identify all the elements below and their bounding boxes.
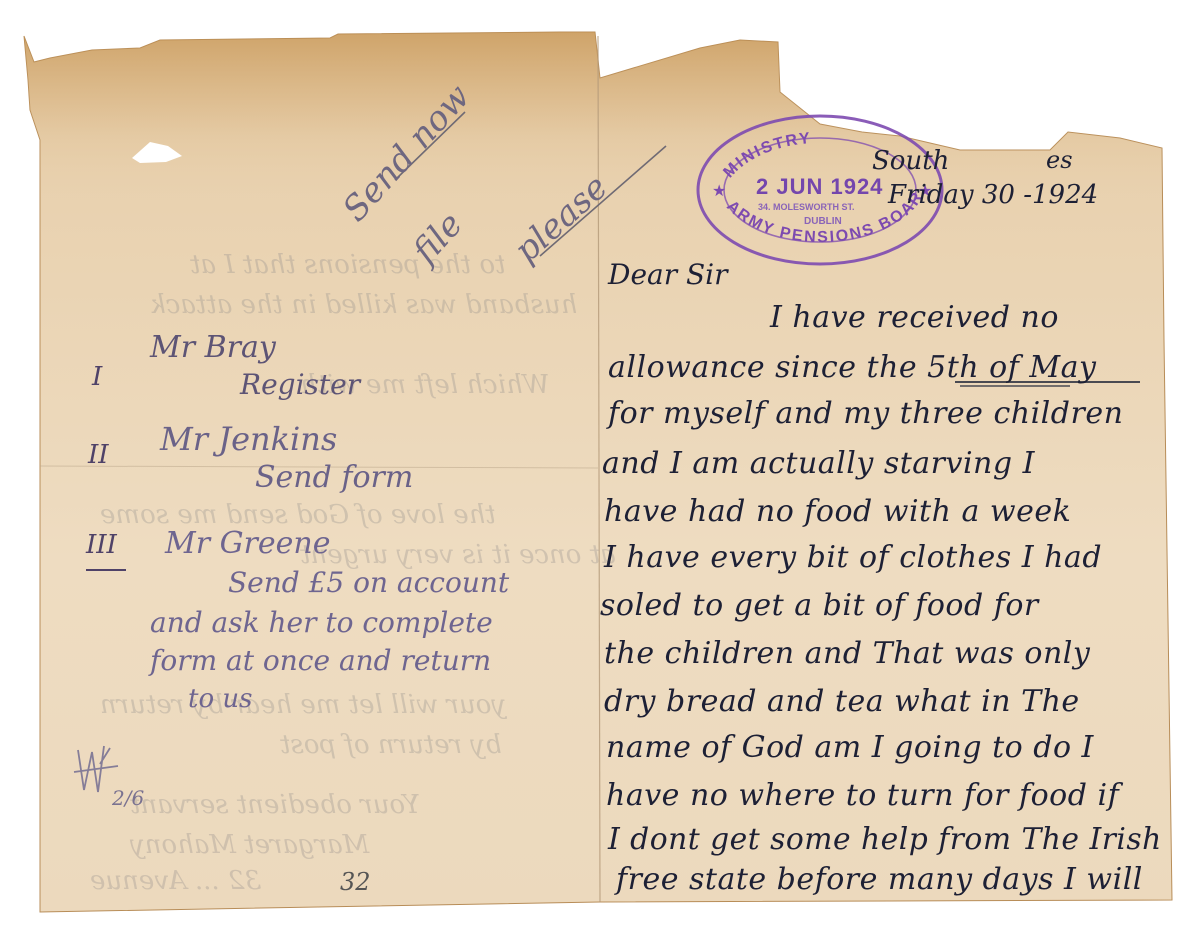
list-action-3c: form at once and return <box>150 644 491 677</box>
salutation: Dear Sir <box>608 258 728 291</box>
letter-line: free state before many days I will <box>616 862 1143 897</box>
list-numeral-3: III <box>86 530 117 560</box>
bleed-text: your will let me hear by return <box>100 690 506 720</box>
initials-date: 2/6 <box>112 786 144 810</box>
stamp-address: 34. MOLESWORTH ST. <box>758 202 855 212</box>
letter-line: allowance since the 5th of May <box>608 350 1096 385</box>
letter-date: Friday 30 -1924 <box>888 180 1098 210</box>
letter-place-suffix: es <box>1046 146 1073 174</box>
list-name-3: Mr Greene <box>165 526 330 561</box>
bleed-text: Margaret Mahony <box>130 830 369 860</box>
letter-line: the children and That was only <box>604 636 1090 671</box>
list-numeral-1: I <box>92 362 102 392</box>
bleed-text: to the pensions that I at <box>190 250 506 280</box>
letter-line: have had no food with a week <box>604 494 1071 529</box>
list-action-1: Register <box>240 368 360 401</box>
bleed-text: Your obedient servant <box>130 790 420 820</box>
letter-line: I dont get some help from The Irish <box>608 822 1162 857</box>
bleed-text: 32 ... Avenue <box>90 866 261 896</box>
list-action-3: Send £5 on account <box>228 566 509 599</box>
bottom-figure: 32 <box>340 868 371 896</box>
list-action-3b: and ask her to complete <box>150 606 493 639</box>
list-numeral-2: II <box>88 440 109 470</box>
bleed-text: by return of post <box>280 730 502 760</box>
letter-line: have no where to turn for food if <box>606 778 1119 813</box>
list-action-3d: to us <box>188 684 252 714</box>
list-name-2: Mr Jenkins <box>160 420 337 458</box>
list-action-2: Send form <box>255 460 413 495</box>
letter-line: and I am actually starving I <box>602 446 1035 481</box>
letter-line: dry bread and tea what in The <box>604 684 1080 719</box>
list-name-1: Mr Bray <box>150 330 276 365</box>
letter-line: I have every bit of clothes I had <box>604 540 1102 575</box>
stamp-date: 2 JUN 1924 <box>756 174 883 200</box>
letter-place: South <box>872 146 949 176</box>
letter-line: I have received no <box>770 300 1059 335</box>
letter-line: soled to get a bit of food for <box>600 588 1039 623</box>
letter-line: for myself and my three children <box>608 396 1123 431</box>
letter-page: ★ ★ MINISTRY ARMY PENSIONS BOARD 2 JUN 1… <box>0 0 1200 938</box>
stamp-city: DUBLIN <box>804 216 842 227</box>
letter-line: name of God am I going to do I <box>606 730 1094 765</box>
bleed-text: husband was killed in the attack <box>150 290 577 320</box>
